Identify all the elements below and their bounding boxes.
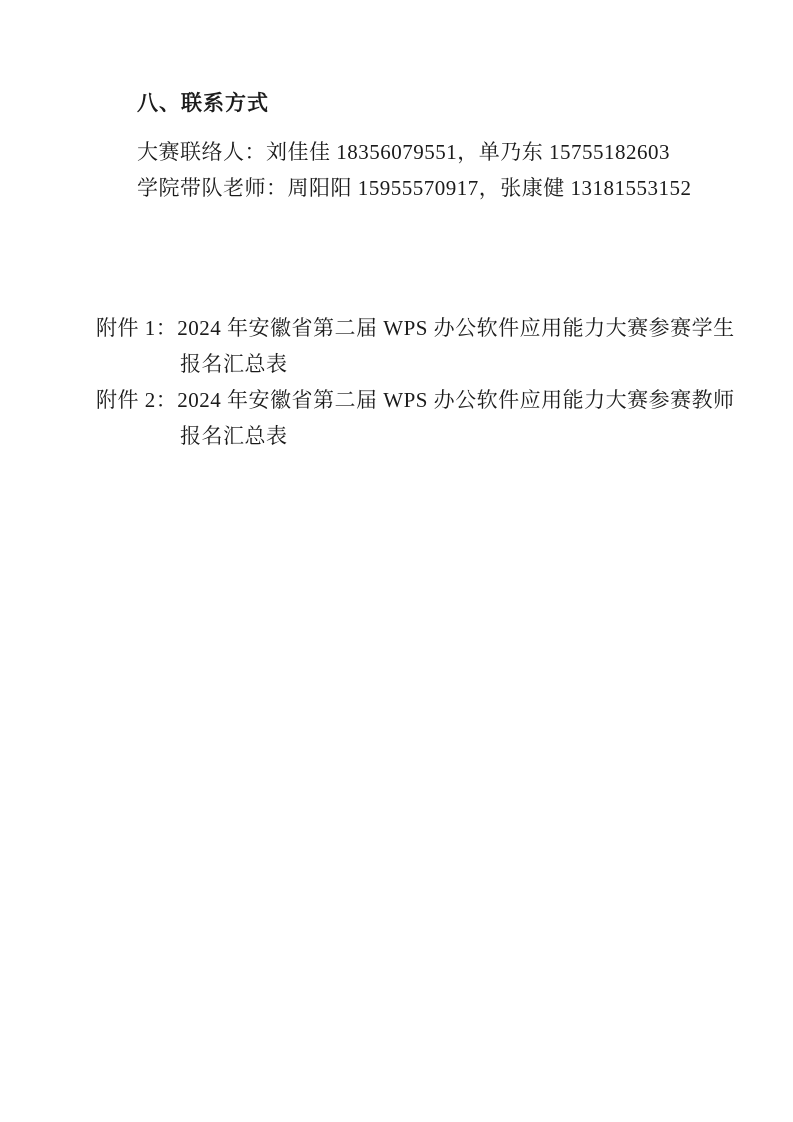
attachment-2-label: 附件 2：	[96, 388, 177, 412]
section-heading: 八、联系方式	[137, 92, 269, 116]
attachment-2-title-line-2: 报名汇总表	[180, 424, 288, 449]
attachment-2-title-line-1: 附件 2：2024 年安徽省第二届 WPS 办公软件应用能力大赛参赛教师	[96, 388, 735, 413]
attachment-1-label: 附件 1：	[96, 316, 177, 340]
attachment-1-title-line-1: 附件 1：2024 年安徽省第二届 WPS 办公软件应用能力大赛参赛学生	[96, 316, 735, 341]
document-page: 八、联系方式 大赛联络人：刘佳佳 18356079551，单乃东 1575518…	[0, 0, 793, 1122]
attachment-2-title-text: 2024 年安徽省第二届 WPS 办公软件应用能力大赛参赛教师	[177, 388, 734, 412]
attachment-1-title-line-2: 报名汇总表	[180, 352, 288, 377]
attachment-1-title-text: 2024 年安徽省第二届 WPS 办公软件应用能力大赛参赛学生	[177, 316, 734, 340]
contact-line-liaisons: 大赛联络人：刘佳佳 18356079551，单乃东 15755182603	[137, 140, 670, 165]
contact-line-team-teachers: 学院带队老师：周阳阳 15955570917，张康健 13181553152	[137, 176, 692, 201]
